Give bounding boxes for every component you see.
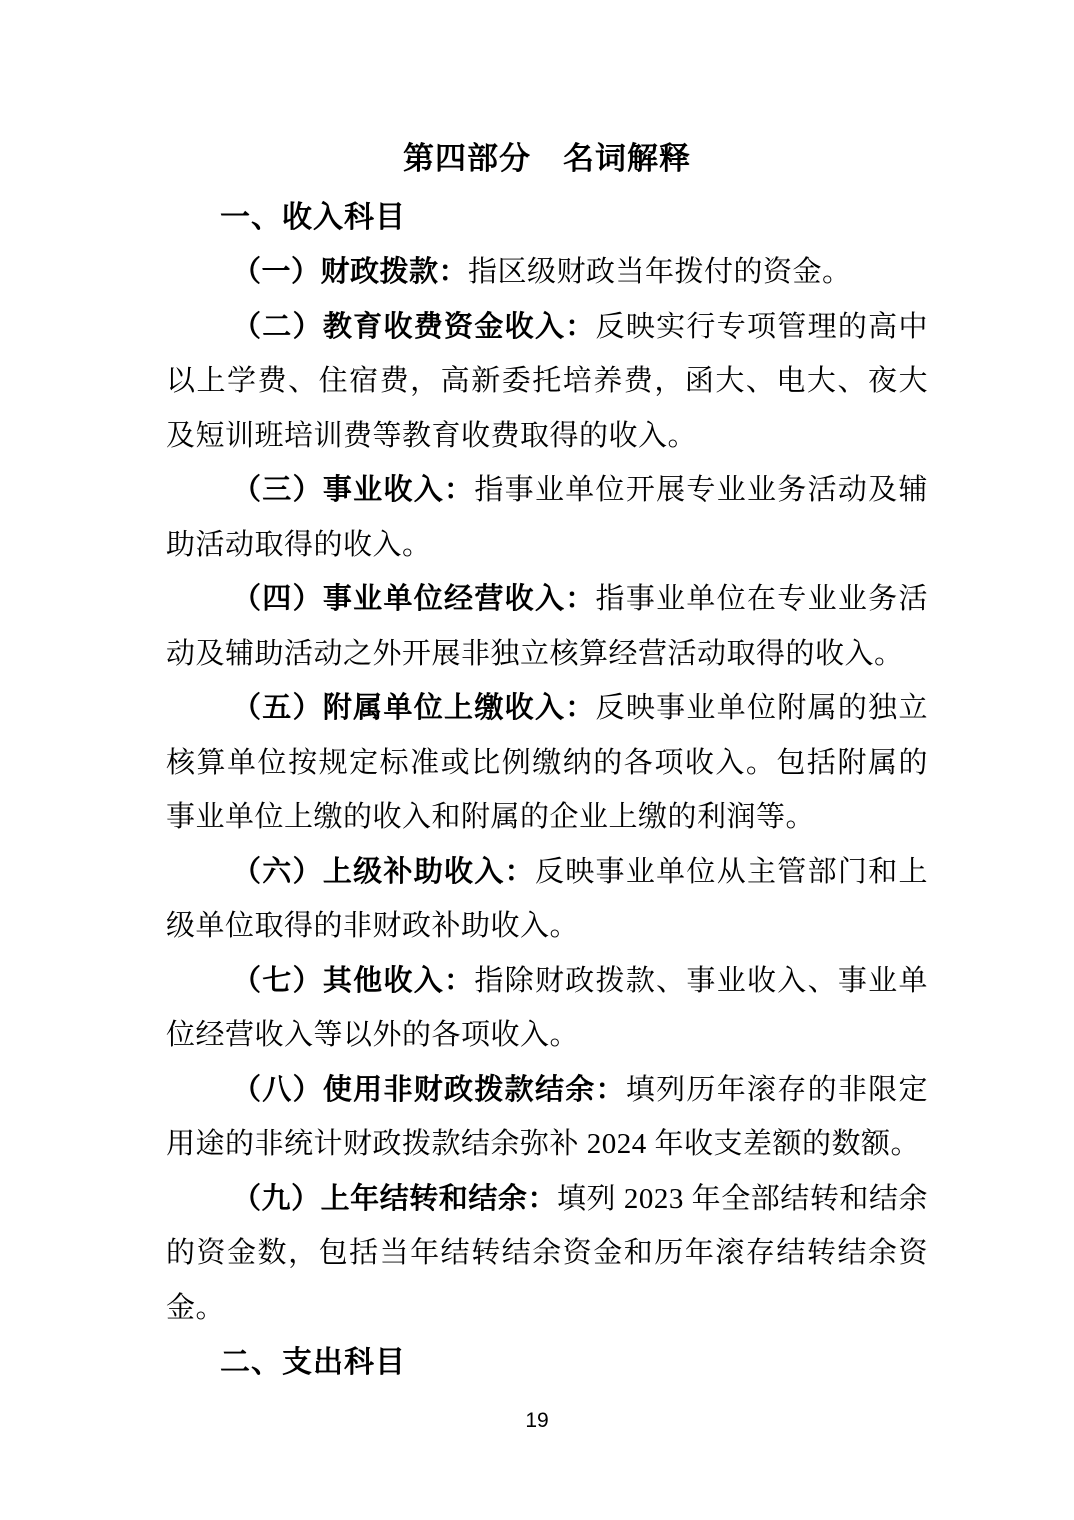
term-label: （四）事业单位经营收入： [232,583,596,615]
term-label: （一）财政拨款： [232,256,468,288]
glossary-item-shiye-shouru: （三）事业收入：指事业单位开展专业业务活动及辅助活动取得的收入。 [166,463,928,572]
term-label: （八）使用非财政拨款结余： [232,1074,626,1106]
page-number: 19 [0,1406,1074,1436]
glossary-item-feicaizheng-bokuan-jieyu: （八）使用非财政拨款结余：填列历年滚存的非限定用途的非统计财政拨款结余弥补 20… [166,1063,928,1172]
term-label: （三）事业收入： [232,474,474,506]
glossary-item-qita-shouru: （七）其他收入：指除财政拨款、事业收入、事业单位经营收入等以外的各项收入。 [166,954,928,1063]
section-heading-income: 一、收入科目 [166,190,928,245]
term-label: （七）其他收入： [232,965,474,997]
glossary-item-caizheng-bokuan: （一）财政拨款：指区级财政当年拨付的资金。 [166,245,928,300]
term-label: （五）附属单位上缴收入： [232,692,596,724]
document-page: 第四部分 名词解释 一、收入科目 （一）财政拨款：指区级财政当年拨付的资金。 （… [0,0,1074,1520]
term-label: （六）上级补助收入： [232,856,535,888]
glossary-item-fushu-danwei-shangjiao: （五）附属单位上缴收入：反映事业单位附属的独立核算单位按规定标准或比例缴纳的各项… [166,681,928,845]
section-heading-expense: 二、支出科目 [166,1335,928,1390]
term-label: （二）教育收费资金收入： [232,311,596,343]
term-label: （九）上年结转和结余： [232,1183,557,1215]
glossary-item-jiaoyu-shoufei: （二）教育收费资金收入：反映实行专项管理的高中以上学费、住宿费，高新委托培养费，… [166,300,928,464]
term-definition: 指区级财政当年拨付的资金。 [468,256,852,288]
glossary-item-shiye-jingying-shouru: （四）事业单位经营收入：指事业单位在专业业务活动及辅助活动之外开展非独立核算经营… [166,572,928,681]
glossary-item-shangnian-jiezhuan-jieyu: （九）上年结转和结余：填列 2023 年全部结转和结余的资金数，包括当年结转结余… [166,1172,928,1336]
glossary-item-shangji-buzhu: （六）上级补助收入：反映事业单位从主管部门和上级单位取得的非财政补助收入。 [166,845,928,954]
page-title: 第四部分 名词解释 [166,138,928,180]
